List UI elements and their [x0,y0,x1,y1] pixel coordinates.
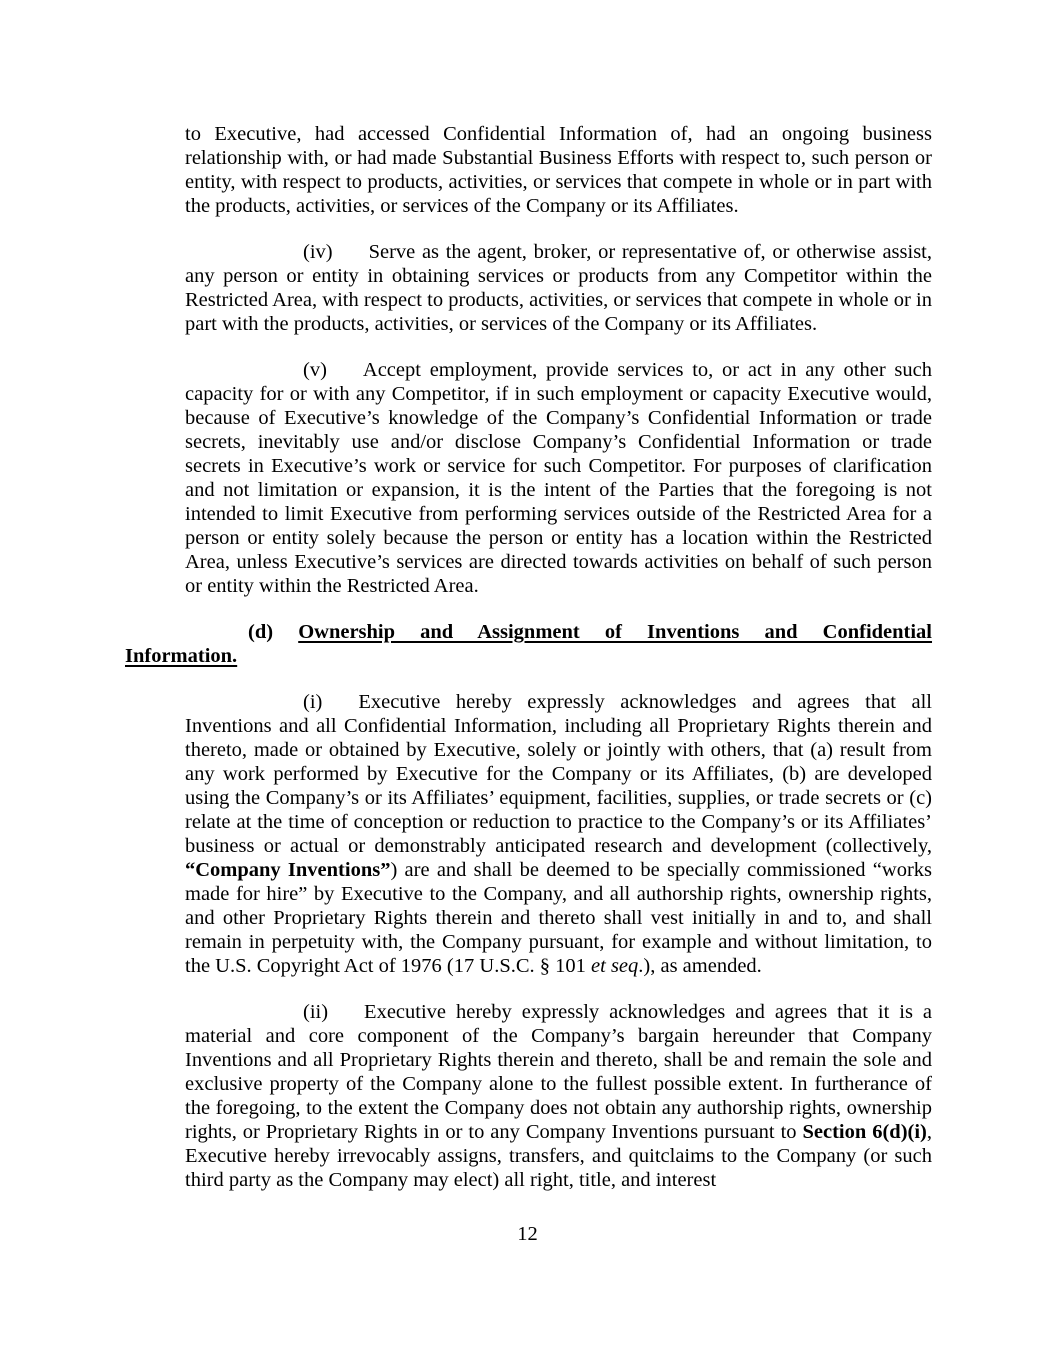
paragraph-iv: (iv)Serve as the agent, broker, or repre… [185,240,932,336]
page-number: 12 [0,1222,1055,1246]
text-run-bold: “Company Inventions” [185,859,390,881]
paragraph-ii-marker: (ii) [303,1001,328,1023]
text-run: Executive hereby expressly acknowledges … [185,691,932,857]
paragraph-i: (i)Executive hereby expressly acknowledg… [185,690,932,978]
document-content: to Executive, had accessed Confidential … [125,122,932,1214]
text-run: Accept employment, provide services to, … [185,359,932,597]
paragraph-v-marker: (v) [303,359,327,381]
text-run: to Executive, had accessed Confidential … [185,123,932,217]
heading-d-ownership-marker: (d) [248,621,273,643]
heading-d-ownership-title-part1: Ownership and Assignment of Inventions a… [298,621,932,643]
text-run: .), as amended. [638,955,762,977]
text-run-italic: et seq [591,955,638,977]
paragraph-ii: (ii)Executive hereby expressly acknowled… [185,1000,932,1192]
text-run: Serve as the agent, broker, or represent… [185,241,932,335]
heading-d-ownership-title-part2: Information. [125,645,237,667]
heading-d-ownership-line1: (d) Ownership and Assignment of Inventio… [125,620,932,644]
document-page: to Executive, had accessed Confidential … [0,0,1055,1365]
paragraph-v: (v)Accept employment, provide services t… [185,358,932,598]
paragraph-iv-marker: (iv) [303,241,333,263]
text-run-bold: Section 6(d)(i) [802,1121,926,1143]
heading-d-ownership-line2: Information. [125,644,932,668]
paragraph-i-marker: (i) [303,691,322,713]
heading-d-ownership: (d) Ownership and Assignment of Inventio… [125,620,932,668]
paragraph-continuation: to Executive, had accessed Confidential … [185,122,932,218]
